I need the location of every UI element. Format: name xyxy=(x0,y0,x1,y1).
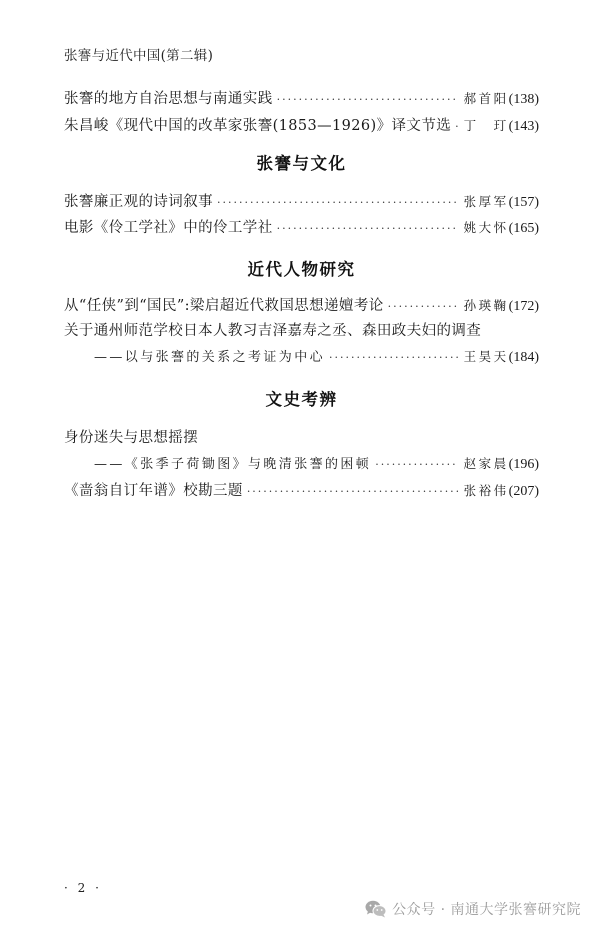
entry-title[interactable]: 关于通州师范学校日本人教习吉泽嘉寿之丞、森田政夫妇的调查 xyxy=(64,319,481,340)
dot-leader xyxy=(247,485,458,498)
entry-author: 丁 玎 xyxy=(464,116,509,134)
section-heading: 张謇与文化 xyxy=(64,150,539,174)
entry-author: 孙瑛鞠 xyxy=(464,296,509,314)
toc-entry-subtitle[interactable]: ——以与张謇的关系之考证为中心 王昊天 (184) xyxy=(64,346,539,368)
entry-title[interactable]: 身份迷失与思想摇摆 xyxy=(64,426,198,447)
dot-leader xyxy=(329,351,458,364)
toc-entry[interactable]: 从“任侠”到“国民”:梁启超近代救国思想递嬗考论 孙瑛鞠 (172) xyxy=(64,294,539,316)
toc-entry-subtitle[interactable]: ——《张季子荷锄图》与晚清张謇的困顿 赵家晨 (196) xyxy=(64,453,539,475)
entry-page: (157) xyxy=(509,195,539,211)
entry-title: 张謇廉正观的诗词叙事 xyxy=(64,190,213,211)
entry-page: (196) xyxy=(509,457,539,473)
entry-title: 电影《伶工学社》中的伶工学社 xyxy=(64,216,273,237)
dot-leader xyxy=(277,93,458,106)
toc-entry[interactable]: 张謇的地方自治思想与南通实践 郝首阳 (138) xyxy=(64,87,539,109)
section-heading: 近代人物研究 xyxy=(64,256,539,280)
entry-author: 王昊天 xyxy=(464,347,509,365)
running-header: 张謇与近代中国(第二辑) xyxy=(64,44,213,64)
entry-page: (207) xyxy=(509,484,539,500)
watermark: 公众号 · 南通大学张謇研究院 xyxy=(365,899,581,919)
toc-entry[interactable]: 张謇廉正观的诗词叙事 张厚军 (157) xyxy=(64,190,539,212)
dot-leader xyxy=(375,458,457,471)
entry-author: 姚大怀 xyxy=(464,218,509,236)
wechat-icon xyxy=(365,900,387,918)
entry-subtitle: ——《张季子荷锄图》与晚清张謇的困顿 xyxy=(64,453,371,472)
entry-author: 郝首阳 xyxy=(464,89,509,107)
entry-title: 《啬翁自订年谱》校勘三题 xyxy=(64,479,243,500)
entry-page: (138) xyxy=(509,92,539,108)
dot-leader xyxy=(217,196,458,209)
entry-author: 张厚军 xyxy=(464,192,509,210)
section-heading: 文史考辨 xyxy=(64,386,539,410)
entry-author: 赵家晨 xyxy=(464,454,509,472)
entry-title: 从“任侠”到“国民”:梁启超近代救国思想递嬗考论 xyxy=(64,294,384,315)
entry-author: 张裕伟 xyxy=(464,481,509,499)
dot-leader xyxy=(455,120,458,133)
entry-page: (184) xyxy=(509,350,539,366)
watermark-text: 公众号 · 南通大学张謇研究院 xyxy=(392,899,581,919)
page-number: · 2 · xyxy=(64,881,102,895)
entry-page: (143) xyxy=(509,119,539,135)
entry-subtitle: ——以与张謇的关系之考证为中心 xyxy=(64,346,325,365)
toc-entry[interactable]: 《啬翁自订年谱》校勘三题 张裕伟 (207) xyxy=(64,479,539,501)
dot-leader xyxy=(277,222,458,235)
toc-entry[interactable]: 电影《伶工学社》中的伶工学社 姚大怀 (165) xyxy=(64,216,539,238)
entry-title: 张謇的地方自治思想与南通实践 xyxy=(64,87,273,108)
entry-title: 朱昌峻《现代中国的改革家张謇(1853—1926)》译文节选 xyxy=(64,114,451,135)
entry-page: (172) xyxy=(509,299,539,315)
entry-page: (165) xyxy=(509,221,539,237)
dot-leader xyxy=(388,300,458,313)
toc-entry[interactable]: 朱昌峻《现代中国的改革家张謇(1853—1926)》译文节选 丁 玎 (143) xyxy=(64,114,539,136)
